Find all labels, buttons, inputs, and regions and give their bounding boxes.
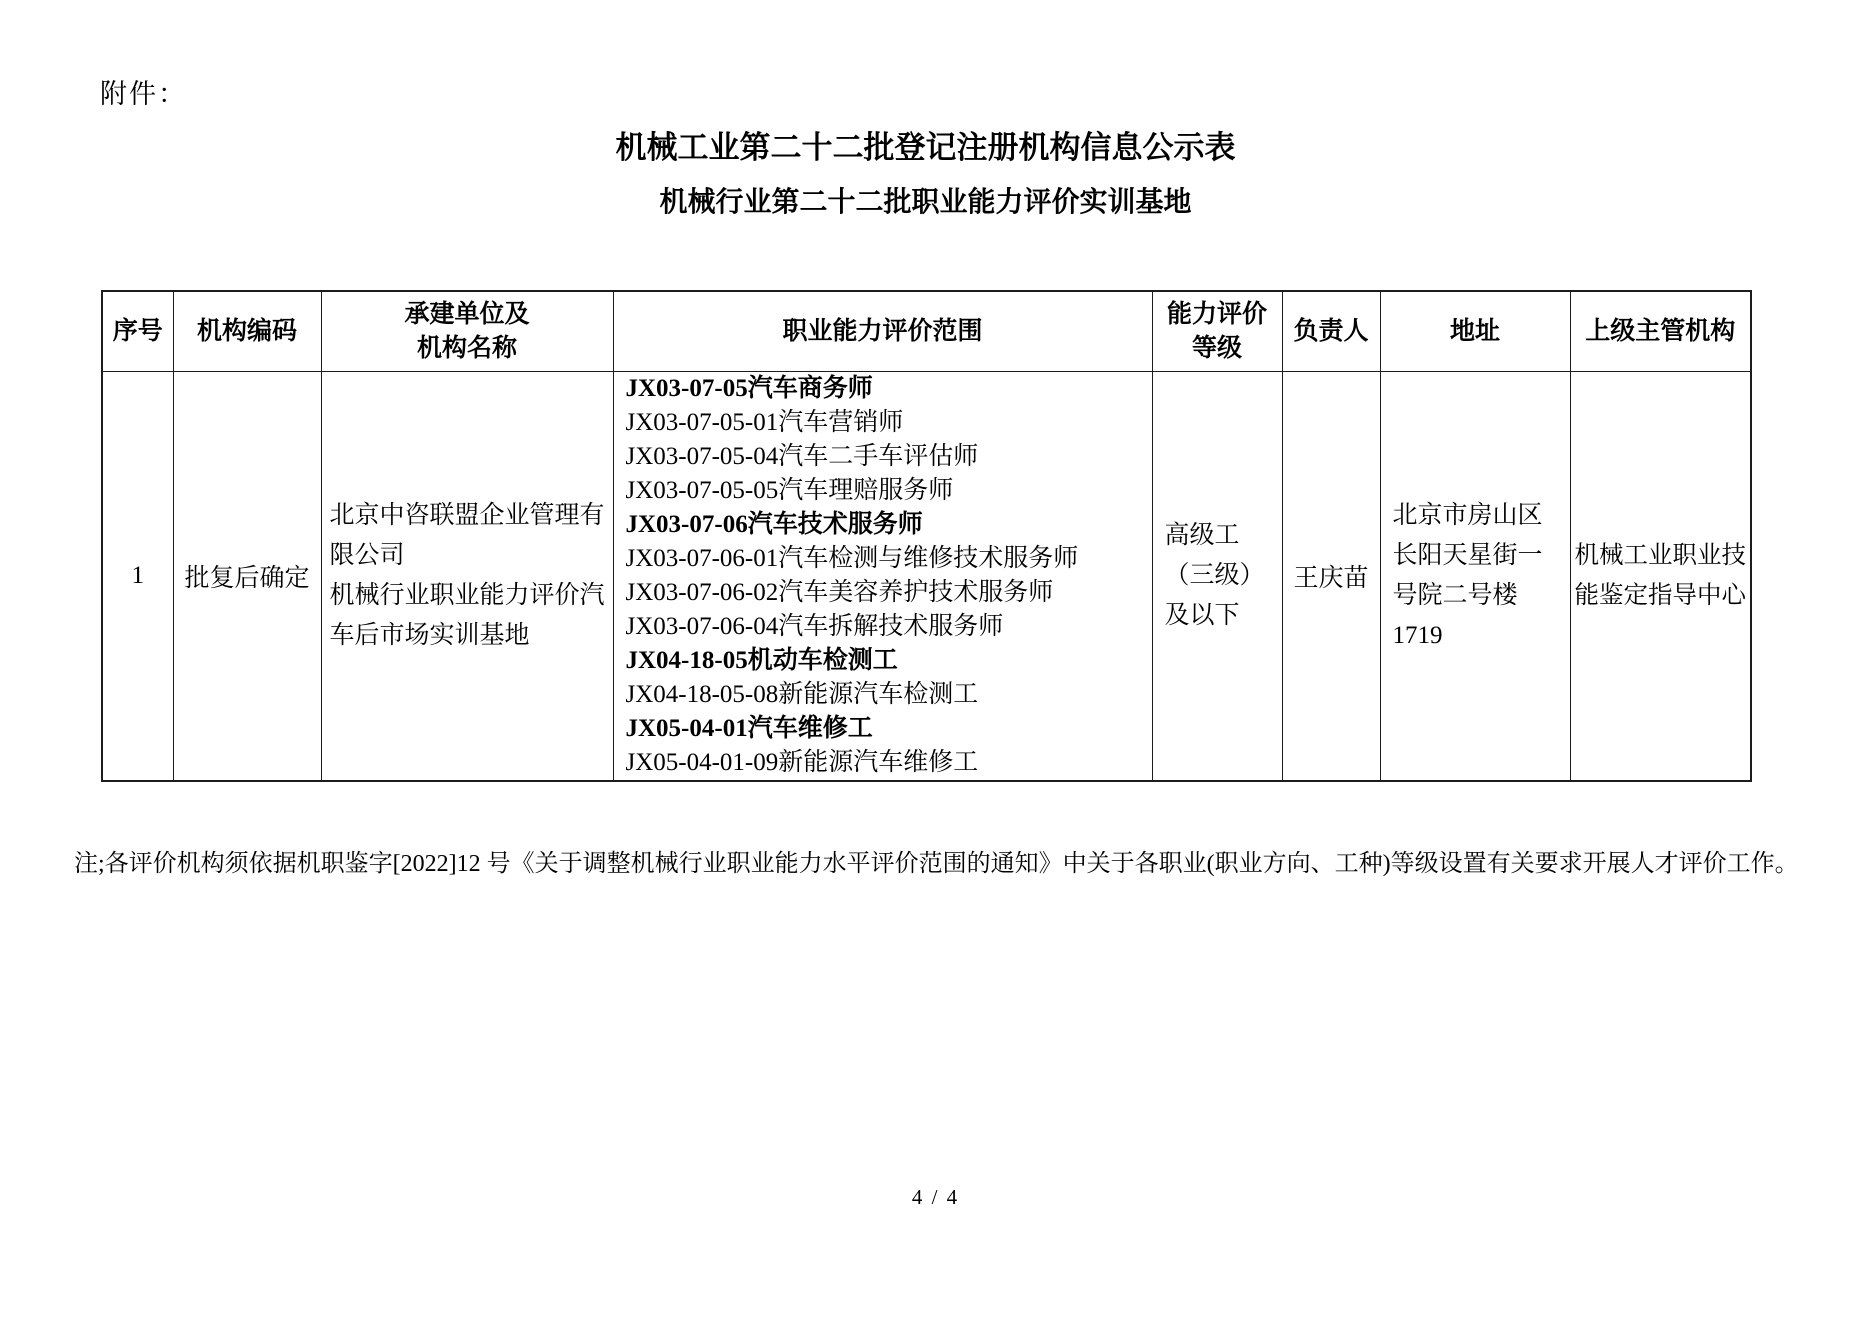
col-header-address: 地址 bbox=[1380, 291, 1570, 371]
cell-org-name: 北京中咨联盟企业管理有限公司机械行业职业能力评价汽车后市场实训基地 bbox=[321, 371, 613, 781]
cell-seq: 1 bbox=[102, 371, 173, 781]
header-line: 上级主管机构 bbox=[1571, 314, 1751, 348]
col-header-org-name: 承建单位及机构名称 bbox=[321, 291, 613, 371]
page-subtitle: 机械行业第二十二批职业能力评价实训基地 bbox=[0, 180, 1851, 220]
header-line: 机构编码 bbox=[174, 314, 321, 348]
header-line: 机构名称 bbox=[322, 331, 613, 365]
org-name-line: 北京中咨联盟企业管理有限公司 bbox=[330, 496, 609, 576]
cell-org-code: 批复后确定 bbox=[173, 371, 321, 781]
page-number: 4 / 4 bbox=[0, 1185, 1871, 1210]
header-line: 地址 bbox=[1381, 314, 1570, 348]
attachment-label: 附件： bbox=[100, 72, 187, 111]
header-line: 等级 bbox=[1153, 331, 1282, 365]
header-line: 职业能力评价范围 bbox=[614, 314, 1152, 348]
header-line: 能力评价 bbox=[1153, 297, 1282, 331]
table-header-row: 序号 机构编码 承建单位及机构名称 职业能力评价范围 能力评价等级 负责人 地址… bbox=[102, 291, 1751, 371]
org-name-line: 机械行业职业能力评价汽车后市场实训基地 bbox=[330, 576, 609, 656]
header-line: 承建单位及 bbox=[322, 297, 613, 331]
scope-item: JX03-07-05-05汽车理赔服务师 bbox=[626, 474, 1152, 508]
scope-item: JX03-07-06-04汽车拆解技术服务师 bbox=[626, 610, 1152, 644]
header-line: 序号 bbox=[103, 314, 173, 348]
cell-scope: JX03-07-05汽车商务师JX03-07-05-01汽车营销师JX03-07… bbox=[613, 371, 1152, 781]
footnote: 注;各评价机构须依据机职鉴字[2022]12 号《关于调整机械行业职业能力水平评… bbox=[74, 843, 1799, 878]
scope-item: JX03-07-06-01汽车检测与维修技术服务师 bbox=[626, 542, 1152, 576]
cell-address: 北京市房山区长阳天星街一号院二号楼1719 bbox=[1380, 371, 1570, 781]
cell-level: 高级工（三级）及以下 bbox=[1152, 371, 1282, 781]
scope-item: JX03-07-06-02汽车美容养护技术服务师 bbox=[626, 576, 1152, 610]
level-line: （三级） bbox=[1165, 556, 1282, 596]
scope-item: JX03-07-06汽车技术服务师 bbox=[626, 508, 1152, 542]
col-header-supervisor: 上级主管机构 bbox=[1570, 291, 1751, 371]
col-header-manager: 负责人 bbox=[1282, 291, 1380, 371]
col-header-seq: 序号 bbox=[102, 291, 173, 371]
scope-item: JX03-07-05-01汽车营销师 bbox=[626, 406, 1152, 440]
col-header-level: 能力评价等级 bbox=[1152, 291, 1282, 371]
header-line: 负责人 bbox=[1283, 314, 1380, 348]
scope-item: JX05-04-01汽车维修工 bbox=[626, 712, 1152, 746]
level-line: 高级工 bbox=[1165, 516, 1282, 556]
cell-manager: 王庆苗 bbox=[1282, 371, 1380, 781]
col-header-org-code: 机构编码 bbox=[173, 291, 321, 371]
scope-item: JX04-18-05-08新能源汽车检测工 bbox=[626, 678, 1152, 712]
col-header-scope: 职业能力评价范围 bbox=[613, 291, 1152, 371]
scope-item: JX05-04-01-09新能源汽车维修工 bbox=[626, 746, 1152, 780]
scope-item: JX04-18-05机动车检测工 bbox=[626, 644, 1152, 678]
level-line: 及以下 bbox=[1165, 596, 1282, 636]
registration-info-table: 序号 机构编码 承建单位及机构名称 职业能力评价范围 能力评价等级 负责人 地址… bbox=[101, 290, 1752, 782]
table-row: 1 批复后确定 北京中咨联盟企业管理有限公司机械行业职业能力评价汽车后市场实训基… bbox=[102, 371, 1751, 781]
scope-item: JX03-07-05汽车商务师 bbox=[626, 372, 1152, 406]
page-title: 机械工业第二十二批登记注册机构信息公示表 bbox=[0, 122, 1851, 167]
cell-supervisor: 机械工业职业技能鉴定指导中心 bbox=[1570, 371, 1751, 781]
scope-item: JX03-07-05-04汽车二手车评估师 bbox=[626, 440, 1152, 474]
